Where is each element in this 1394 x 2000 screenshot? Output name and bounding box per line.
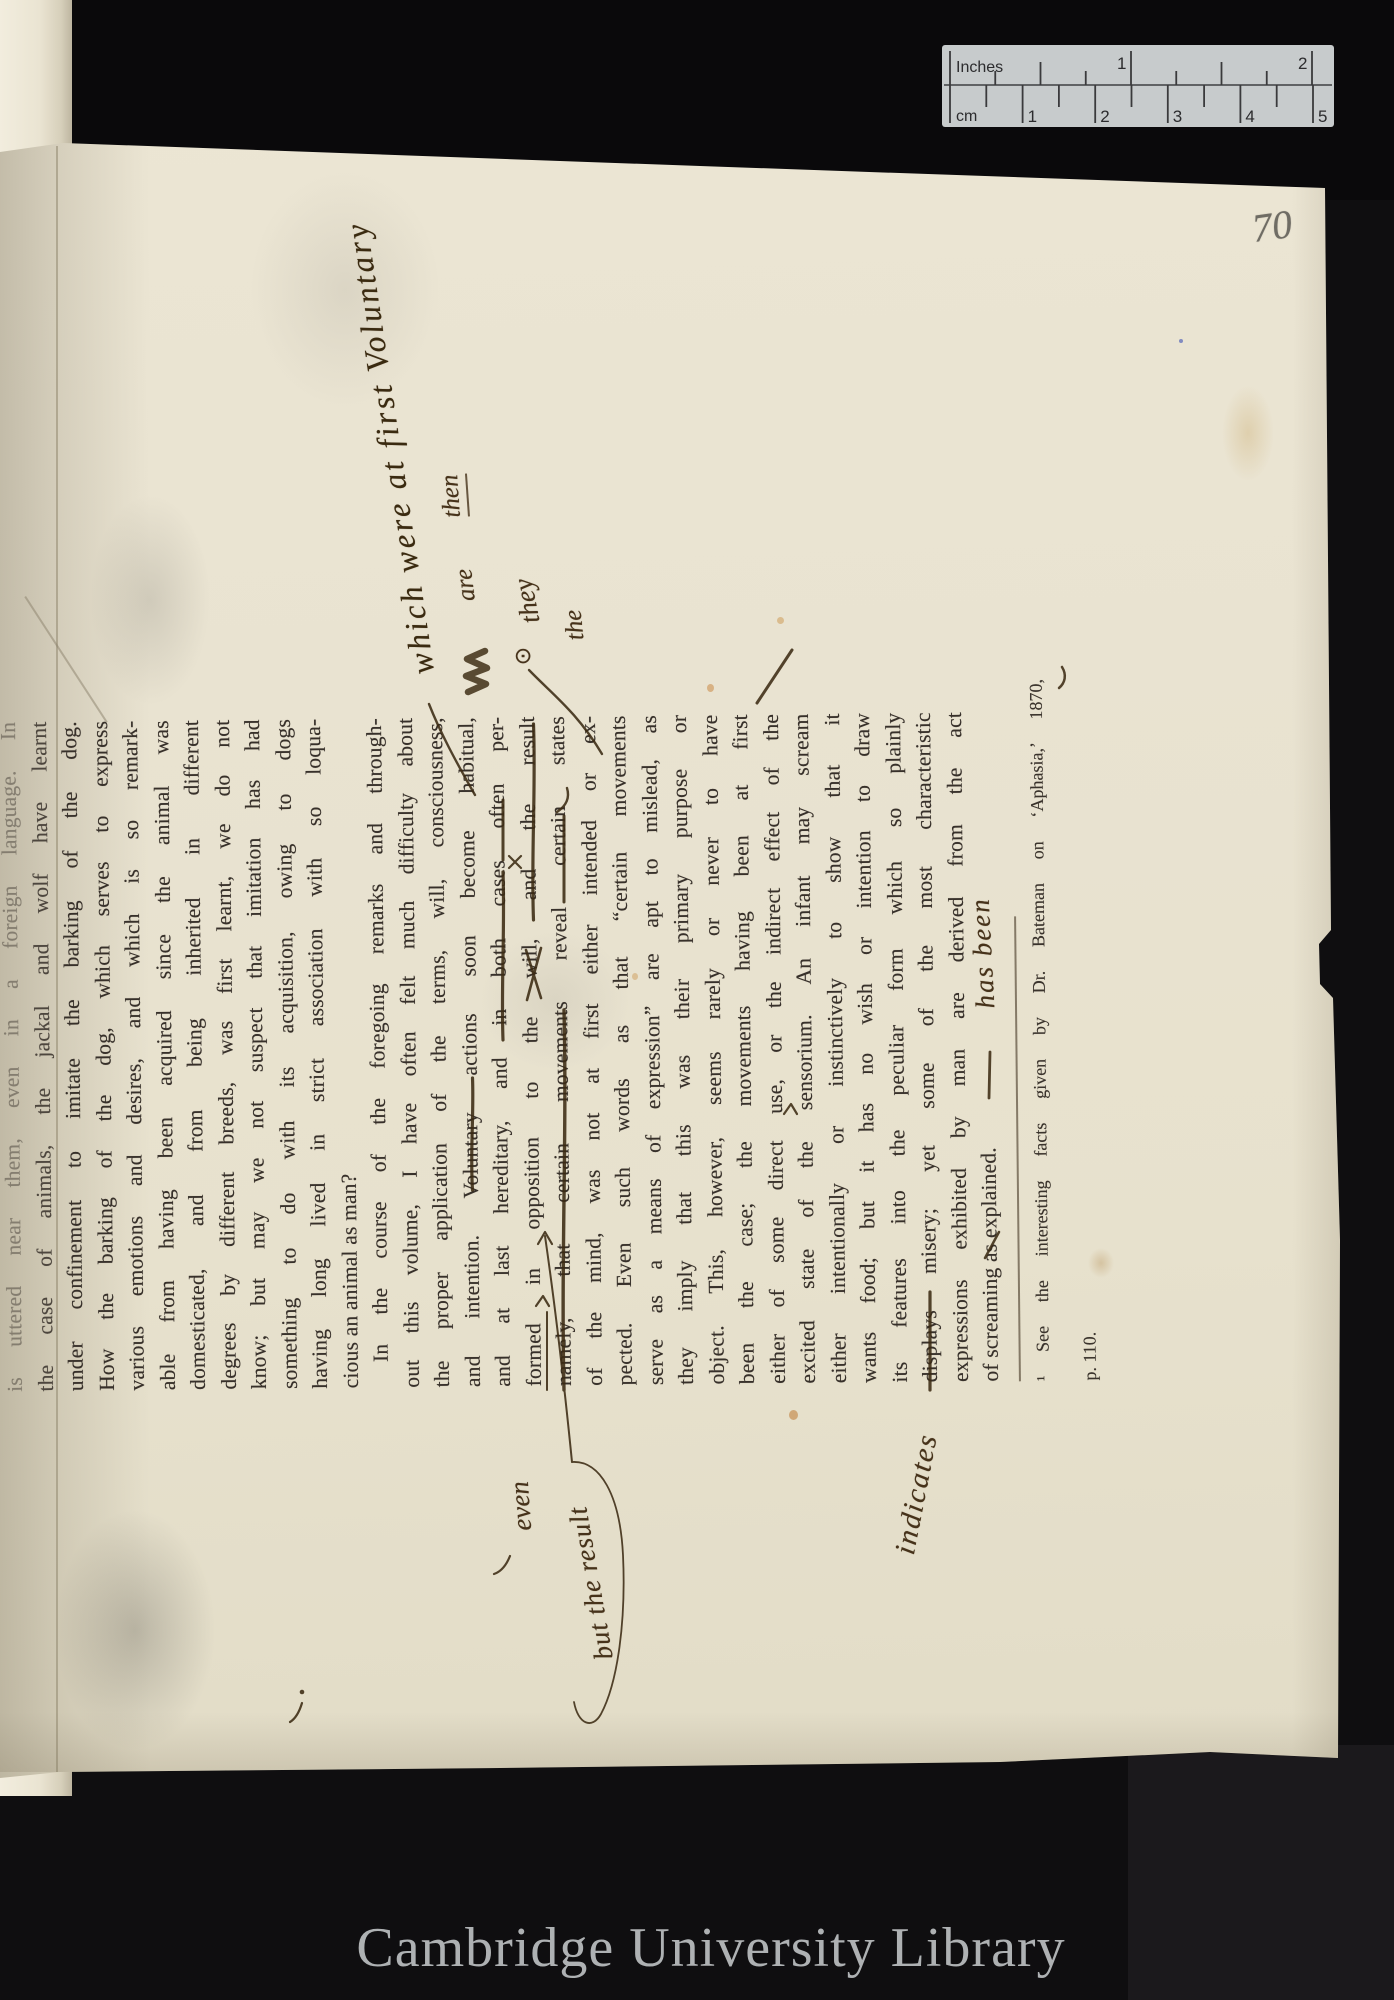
svg-text:2: 2 — [1298, 54, 1307, 73]
annotation-are: are — [450, 567, 482, 603]
svg-text:1: 1 — [1028, 107, 1037, 126]
folio-number: 70 — [1249, 200, 1295, 252]
ruler-graphic: Inches cm 1212345 — [942, 45, 1334, 127]
library-watermark: Cambridge University Library — [14, 1916, 1394, 1980]
annotation-circle-dot: ⊙ — [510, 647, 536, 665]
annotation-even: even — [504, 1480, 538, 1531]
ruler-cm-label: cm — [956, 108, 977, 125]
annotation-the: the — [559, 608, 590, 641]
svg-text:5: 5 — [1318, 107, 1327, 126]
library-photo-background: { "watermark": "Cambridge University Lib… — [0, 0, 1394, 2000]
svg-text:3: 3 — [1173, 107, 1182, 126]
measurement-ruler: Inches cm 1212345 — [942, 45, 1334, 127]
ink-correction-marks — [0, 0, 1345, 1782]
svg-text:2: 2 — [1100, 107, 1109, 126]
page-sheet: is uttered near them, even in a foreign … — [0, 0, 1345, 1782]
ruler-inches-label: Inches — [956, 59, 1003, 76]
annotation-then: then — [436, 473, 470, 518]
svg-text:1: 1 — [1117, 54, 1126, 73]
svg-text:4: 4 — [1245, 107, 1254, 126]
annotation-has-been: has been — [965, 897, 1002, 1010]
